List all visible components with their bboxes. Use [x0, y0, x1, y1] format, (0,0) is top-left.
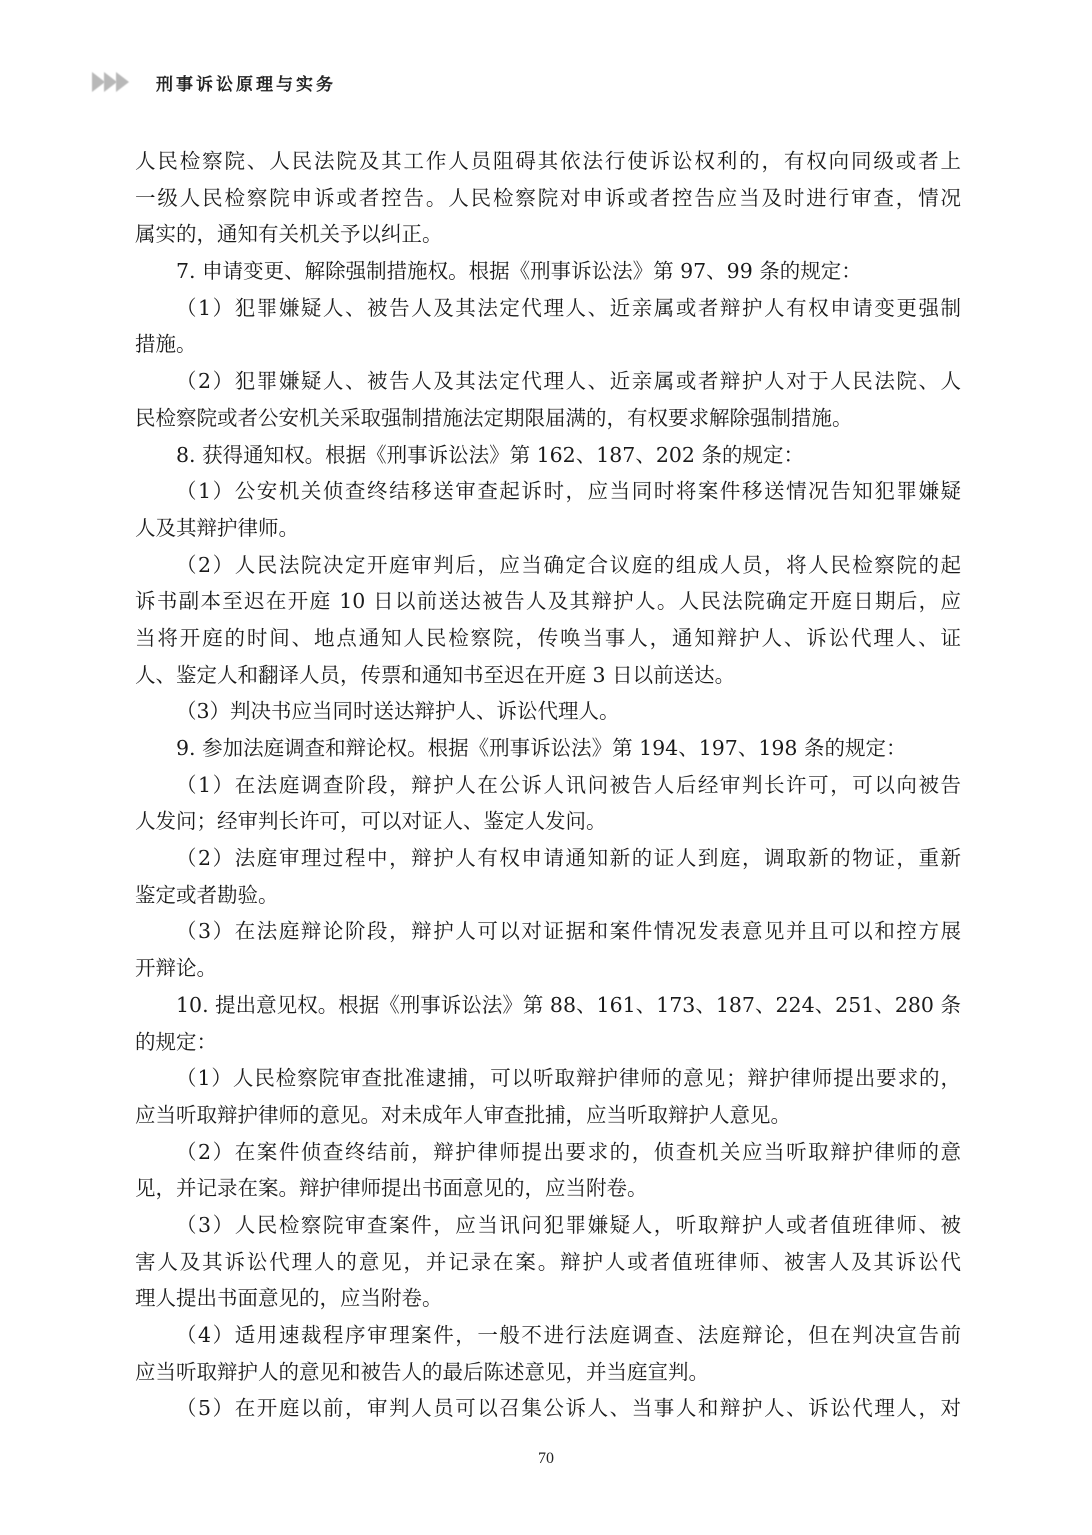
text-line: 人及其辩护律师。 [135, 510, 961, 547]
text-line: （1）犯罪嫌疑人、被告人及其法定代理人、近亲属或者辩护人有权申请变更强制 [135, 290, 961, 327]
text-line: 8. 获得通知权。根据《刑事诉讼法》第 162、187、202 条的规定： [135, 437, 961, 474]
text-line: 应当听取辩护人的意见和被告人的最后陈述意见，并当庭宣判。 [135, 1354, 961, 1391]
text-line: 应当听取辩护律师的意见。对未成年人审查批捕，应当听取辩护人意见。 [135, 1097, 961, 1134]
text-line: 诉书副本至迟在开庭 10 日以前送达被告人及其辩护人。人民法院确定开庭日期后，应 [135, 583, 961, 620]
text-line: 一级人民检察院申诉或者控告。人民检察院对申诉或者控告应当及时进行审查，情况 [135, 180, 961, 217]
text-line: 7. 申请变更、解除强制措施权。根据《刑事诉讼法》第 97、99 条的规定： [135, 253, 961, 290]
text-line: 见，并记录在案。辩护律师提出书面意见的，应当附卷。 [135, 1170, 961, 1207]
text-line: （3）在法庭辩论阶段，辩护人可以对证据和案件情况发表意见并且可以和控方展 [135, 913, 961, 950]
text-line: （2）人民法院决定开庭审判后，应当确定合议庭的组成人员，将人民检察院的起 [135, 547, 961, 584]
body-text: 人民检察院、人民法院及其工作人员阻碍其依法行使诉讼权利的，有权向同级或者上一级人… [135, 143, 961, 1427]
running-header: 刑事诉讼原理与实务 [92, 68, 336, 96]
text-line: （1）人民检察院审查批准逮捕，可以听取辩护律师的意见；辩护律师提出要求的， [135, 1060, 961, 1097]
text-line: （4）适用速裁程序审理案件，一般不进行法庭调查、法庭辩论，但在判决宣告前 [135, 1317, 961, 1354]
text-line: （1）公安机关侦查终结移送审查起诉时，应当同时将案件移送情况告知犯罪嫌疑 [135, 473, 961, 510]
triple-arrow-icon [92, 70, 140, 94]
text-line: 开辩论。 [135, 950, 961, 987]
text-line: （3）人民检察院审查案件，应当讯问犯罪嫌疑人，听取辩护人或者值班律师、被 [135, 1207, 961, 1244]
text-line: 人发问；经审判长许可，可以对证人、鉴定人发问。 [135, 803, 961, 840]
text-line: （2）在案件侦查终结前，辩护律师提出要求的，侦查机关应当听取辩护律师的意 [135, 1134, 961, 1171]
text-line: （1）在法庭调查阶段，辩护人在公诉人讯问被告人后经审判长许可，可以向被告 [135, 767, 961, 804]
text-line: （5）在开庭以前，审判人员可以召集公诉人、当事人和辩护人、诉讼代理人，对 [135, 1390, 961, 1427]
text-line: 害人及其诉讼代理人的意见，并记录在案。辩护人或者值班律师、被害人及其诉讼代 [135, 1244, 961, 1281]
text-line: （3）判决书应当同时送达辩护人、诉讼代理人。 [135, 693, 961, 730]
text-line: 措施。 [135, 326, 961, 363]
text-line: 属实的，通知有关机关予以纠正。 [135, 216, 961, 253]
book-title: 刑事诉讼原理与实务 [156, 70, 336, 95]
text-line: 理人提出书面意见的，应当附卷。 [135, 1280, 961, 1317]
page-number: 70 [0, 1450, 1092, 1468]
text-line: 9. 参加法庭调查和辩论权。根据《刑事诉讼法》第 194、197、198 条的规… [135, 730, 961, 767]
text-line: 民检察院或者公安机关采取强制措施法定期限届满的，有权要求解除强制措施。 [135, 400, 961, 437]
text-line: 鉴定或者勘验。 [135, 877, 961, 914]
text-line: 人民检察院、人民法院及其工作人员阻碍其依法行使诉讼权利的，有权向同级或者上 [135, 143, 961, 180]
text-line: （2）法庭审理过程中，辩护人有权申请通知新的证人到庭，调取新的物证，重新 [135, 840, 961, 877]
text-line: 的规定： [135, 1024, 961, 1061]
text-line: 10. 提出意见权。根据《刑事诉讼法》第 88、161、173、187、224、… [135, 987, 961, 1024]
text-line: （2）犯罪嫌疑人、被告人及其法定代理人、近亲属或者辩护人对于人民法院、人 [135, 363, 961, 400]
text-line: 人、鉴定人和翻译人员，传票和通知书至迟在开庭 3 日以前送达。 [135, 657, 961, 694]
text-line: 当将开庭的时间、地点通知人民检察院，传唤当事人，通知辩护人、诉讼代理人、证 [135, 620, 961, 657]
